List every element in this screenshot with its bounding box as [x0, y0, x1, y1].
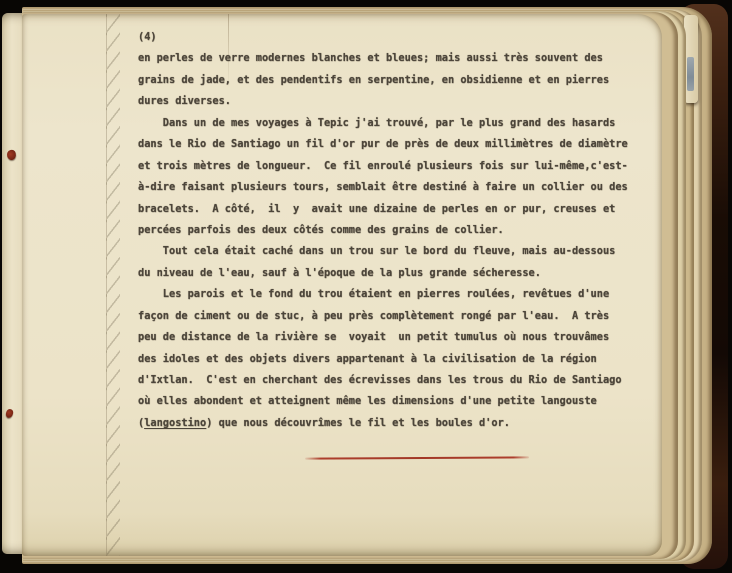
tipped-sheet-serrated-edge	[106, 14, 120, 556]
red-separator-line	[305, 456, 529, 459]
underlined-word: langostino	[144, 417, 206, 429]
typed-line: d'Ixtlan. C'est en cherchant des écrevis…	[138, 370, 654, 391]
typed-line: Tout cela était caché dans un trou sur l…	[138, 241, 654, 262]
typed-line: Les parois et le fond du trou étaient en…	[138, 284, 654, 305]
typed-line: Dans un de mes voyages à Tepic j'ai trou…	[138, 113, 654, 134]
typed-line: façon de ciment ou de stuc, à peu près c…	[138, 306, 654, 327]
typed-line: grains de jade, et des pendentifs en ser…	[138, 70, 654, 91]
binding-stitch-top	[6, 149, 17, 161]
typed-line: des idoles et des objets divers apparten…	[138, 349, 654, 370]
page-number: (4)	[138, 27, 654, 48]
typed-line: dures diverses.	[138, 91, 654, 112]
paper-tab	[684, 15, 698, 103]
typed-line: et trois mètres de longueur. Ce fil enro…	[138, 156, 654, 177]
typed-line: bracelets. A côté, il y avait une dizain…	[138, 199, 654, 220]
typed-line: dans le Rio de Santiago un fil d'or pur …	[138, 134, 654, 155]
typed-line: en perles de verre modernes blanches et …	[138, 48, 654, 69]
album-page: (4) en perles de verre modernes blanches…	[22, 14, 662, 556]
typed-line: percées parfois des deux côtés comme des…	[138, 220, 654, 241]
typed-line-last: (langostino) que nous découvrîmes le fil…	[138, 413, 654, 434]
tab-blue-mark	[687, 57, 694, 91]
typed-line: peu de distance de la rivière se voyait …	[138, 327, 654, 348]
typed-line: à-dire faisant plusieurs tours, semblait…	[138, 177, 654, 198]
line-rest: ) que nous découvrîmes le fil et les bou…	[206, 417, 510, 429]
typed-text-block: (4) en perles de verre modernes blanches…	[138, 27, 654, 434]
book-photo: (4) en perles de verre modernes blanches…	[0, 0, 732, 573]
typed-line: où elles abondent et atteignent même les…	[138, 391, 654, 412]
typed-line: du niveau de l'eau, sauf à l'époque de l…	[138, 263, 654, 284]
binding-stitch-bottom	[5, 408, 13, 418]
